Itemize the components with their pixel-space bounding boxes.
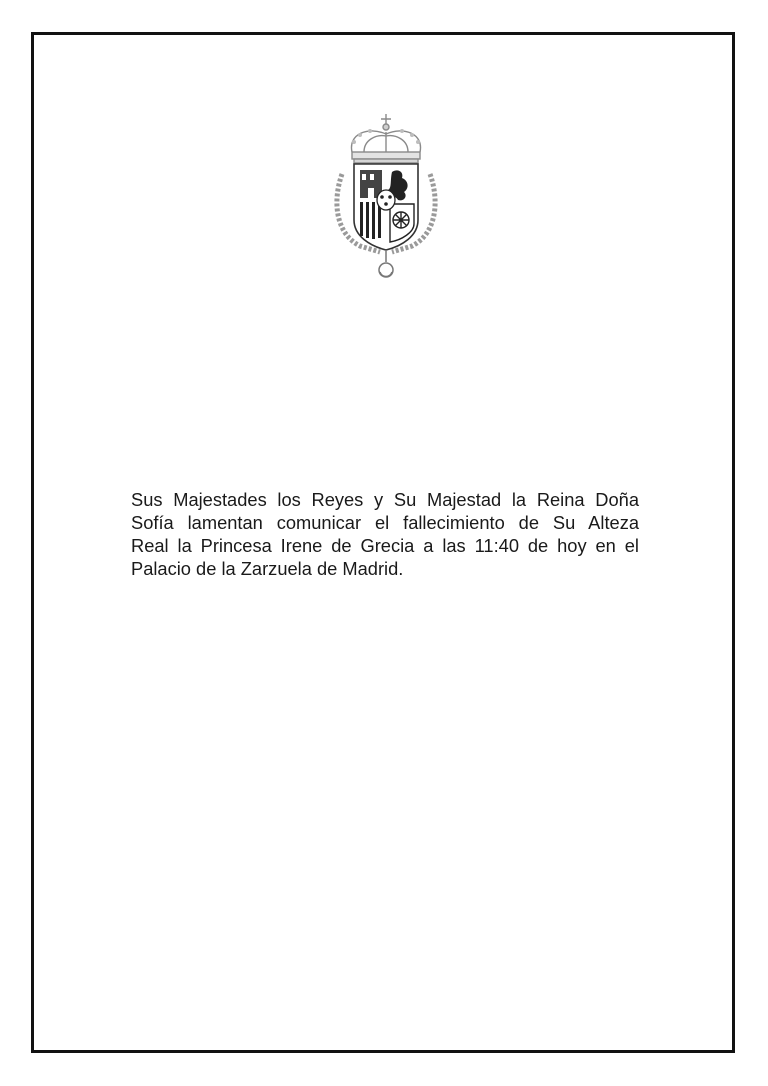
statement-line: Real la Princesa Irene de Grecia a las 1… [131,534,639,557]
royal-coat-of-arms-icon [330,112,442,282]
statement-line: Palacio de la Zarzuela de Madrid. [131,557,639,580]
statement-line: Sus Majestades los Reyes y Su Majestad l… [131,488,639,511]
statement-line: Sofía lamentan comunicar el fallecimient… [131,511,639,534]
statement-text: Sus Majestades los Reyes y Su Majestad l… [131,488,639,580]
